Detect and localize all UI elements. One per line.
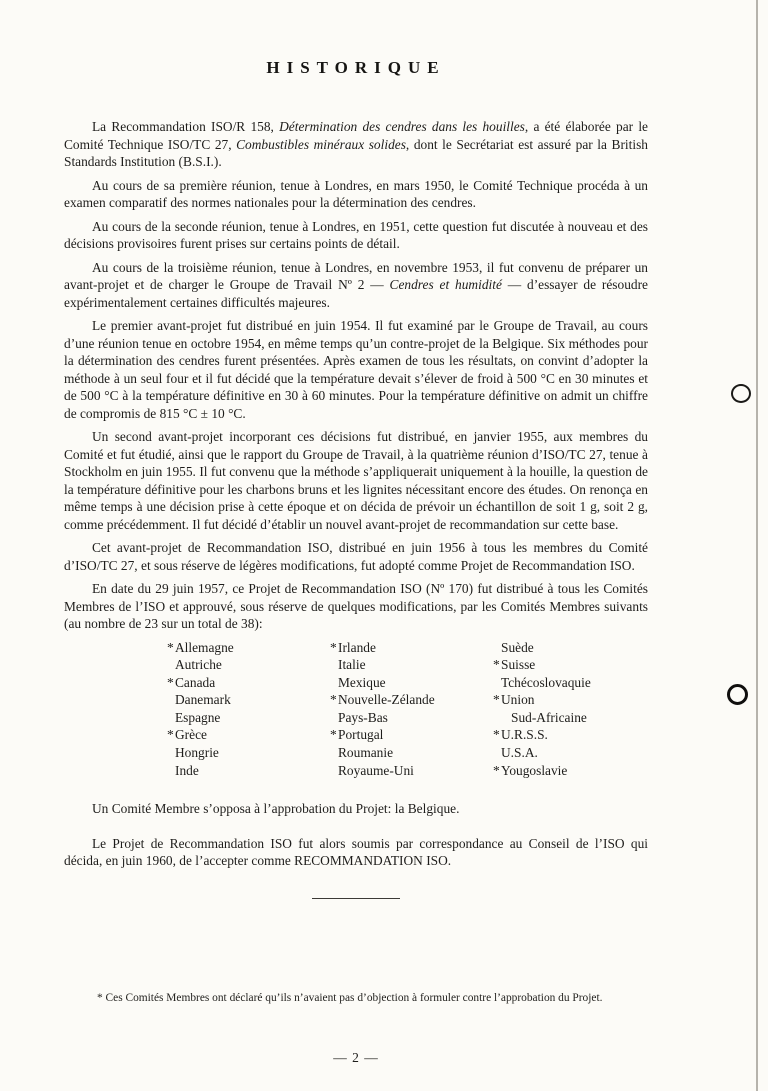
paragraph: En date du 29 juin 1957, ce Projet de Re… bbox=[64, 580, 648, 633]
paragraph: Le Projet de Recommandation ISO fut alor… bbox=[64, 835, 648, 870]
country-name: Roumanie bbox=[338, 745, 393, 760]
body-text: Au cours de sa première réunion, tenue à… bbox=[64, 178, 648, 211]
member-column: Suède*SuisseTchécoslovaquie*UnionSud-Afr… bbox=[493, 639, 643, 780]
country-name: Danemark bbox=[175, 692, 231, 707]
country-name: Espagne bbox=[175, 710, 220, 725]
approval-asterisk: * bbox=[167, 726, 175, 744]
country-name: Autriche bbox=[175, 657, 222, 672]
paragraph: La Recommandation ISO/R 158, Déterminati… bbox=[64, 118, 648, 171]
body-text: En date du 29 juin 1957, ce Projet de Re… bbox=[64, 581, 648, 631]
italic-text: Détermination des cendres dans les houil… bbox=[279, 119, 525, 134]
member-country: Roumanie bbox=[330, 744, 493, 762]
member-country: *Grèce bbox=[167, 726, 330, 744]
member-country: Danemark bbox=[167, 691, 330, 709]
country-name: Hongrie bbox=[175, 745, 219, 760]
approval-asterisk: * bbox=[330, 726, 338, 744]
member-column: *AllemagneAutriche*CanadaDanemarkEspagne… bbox=[167, 639, 330, 780]
paragraph: Un Comité Membre s’opposa à l’approbatio… bbox=[64, 800, 648, 818]
approval-asterisk: * bbox=[330, 639, 338, 657]
member-country: *Yougoslavie bbox=[493, 762, 643, 780]
body-text: La Recommandation ISO/R 158, bbox=[92, 119, 279, 134]
body-text: Un second avant-projet incorporant ces d… bbox=[64, 429, 648, 532]
binder-ring-icon bbox=[727, 684, 748, 705]
body-text: Le premier avant-projet fut distribué en… bbox=[64, 318, 648, 421]
member-column: *IrlandeItalieMexique*Nouvelle-ZélandePa… bbox=[330, 639, 493, 780]
country-name: Irlande bbox=[338, 640, 376, 655]
paragraph: Au cours de la troisième réunion, tenue … bbox=[64, 259, 648, 312]
page-number: — 2 — bbox=[64, 1050, 648, 1066]
binder-ring-icon bbox=[731, 384, 751, 403]
member-country: Pays-Bas bbox=[330, 709, 493, 727]
page-title: HISTORIQUE bbox=[64, 58, 648, 78]
body-text: Un Comité Membre s’opposa à l’approbatio… bbox=[92, 801, 459, 816]
country-name: Grèce bbox=[175, 727, 207, 742]
footnote: * Ces Comités Membres ont déclaré qu’ils… bbox=[53, 991, 645, 1007]
member-country: *Allemagne bbox=[167, 639, 330, 657]
member-country: Autriche bbox=[167, 656, 330, 674]
approval-asterisk: * bbox=[167, 639, 175, 657]
body-text: Au cours de la seconde réunion, tenue à … bbox=[64, 219, 648, 252]
country-name: Italie bbox=[338, 657, 366, 672]
approval-asterisk: * bbox=[330, 691, 338, 709]
country-name: Mexique bbox=[338, 675, 386, 690]
member-country: Sud-Africaine bbox=[493, 709, 643, 727]
country-name: Royaume-Uni bbox=[338, 763, 414, 778]
member-country: Inde bbox=[167, 762, 330, 780]
country-name: Pays-Bas bbox=[338, 710, 388, 725]
member-country-list: *AllemagneAutriche*CanadaDanemarkEspagne… bbox=[167, 639, 648, 780]
country-name: Inde bbox=[175, 763, 199, 778]
country-name: Portugal bbox=[338, 727, 383, 742]
section-divider-rule bbox=[312, 898, 400, 899]
country-name: U.R.S.S. bbox=[501, 727, 548, 742]
country-name: Canada bbox=[175, 675, 215, 690]
approval-asterisk: * bbox=[493, 762, 501, 780]
member-country: U.S.A. bbox=[493, 744, 643, 762]
member-country: *Irlande bbox=[330, 639, 493, 657]
member-country: *U.R.S.S. bbox=[493, 726, 643, 744]
member-country: *Union bbox=[493, 691, 643, 709]
member-country: Hongrie bbox=[167, 744, 330, 762]
paragraph: Un second avant-projet incorporant ces d… bbox=[64, 428, 648, 533]
country-name: Union bbox=[501, 692, 534, 707]
country-name: Suède bbox=[501, 640, 534, 655]
paragraph: Au cours de la seconde réunion, tenue à … bbox=[64, 218, 648, 253]
history-paragraphs: La Recommandation ISO/R 158, Déterminati… bbox=[64, 118, 648, 633]
paragraph: Au cours de sa première réunion, tenue à… bbox=[64, 177, 648, 212]
country-name: Nouvelle-Zélande bbox=[338, 692, 435, 707]
member-country: Tchécoslovaquie bbox=[493, 674, 643, 692]
page-content: HISTORIQUE La Recommandation ISO/R 158, … bbox=[64, 0, 648, 899]
member-country: Royaume-Uni bbox=[330, 762, 493, 780]
member-country: *Canada bbox=[167, 674, 330, 692]
paragraph: Cet avant-projet de Recommandation ISO, … bbox=[64, 539, 648, 574]
italic-text: Cendres et humidité bbox=[390, 277, 502, 292]
approval-asterisk: * bbox=[493, 726, 501, 744]
approval-asterisk: * bbox=[167, 674, 175, 692]
body-text: Cet avant-projet de Recommandation ISO, … bbox=[64, 540, 648, 573]
approval-asterisk: * bbox=[493, 691, 501, 709]
member-country: *Suisse bbox=[493, 656, 643, 674]
document-page: HISTORIQUE La Recommandation ISO/R 158, … bbox=[0, 0, 768, 1091]
country-name: Suisse bbox=[501, 657, 535, 672]
member-country: Suède bbox=[493, 639, 643, 657]
paragraph: Le premier avant-projet fut distribué en… bbox=[64, 317, 648, 422]
closing-paragraphs: Un Comité Membre s’opposa à l’approbatio… bbox=[64, 800, 648, 870]
country-name: U.S.A. bbox=[501, 745, 538, 760]
member-country: Espagne bbox=[167, 709, 330, 727]
country-name: Sud-Africaine bbox=[511, 710, 587, 725]
approval-asterisk: * bbox=[493, 656, 501, 674]
member-country: Italie bbox=[330, 656, 493, 674]
country-name: Yougoslavie bbox=[501, 763, 567, 778]
body-text: Le Projet de Recommandation ISO fut alor… bbox=[64, 836, 648, 869]
italic-text: Combustibles minéraux solides bbox=[236, 137, 406, 152]
country-name: Allemagne bbox=[175, 640, 234, 655]
country-name: Tchécoslovaquie bbox=[501, 675, 591, 690]
member-country: *Portugal bbox=[330, 726, 493, 744]
page-edge-shadow bbox=[756, 0, 758, 1091]
member-country: *Nouvelle-Zélande bbox=[330, 691, 493, 709]
member-country: Mexique bbox=[330, 674, 493, 692]
